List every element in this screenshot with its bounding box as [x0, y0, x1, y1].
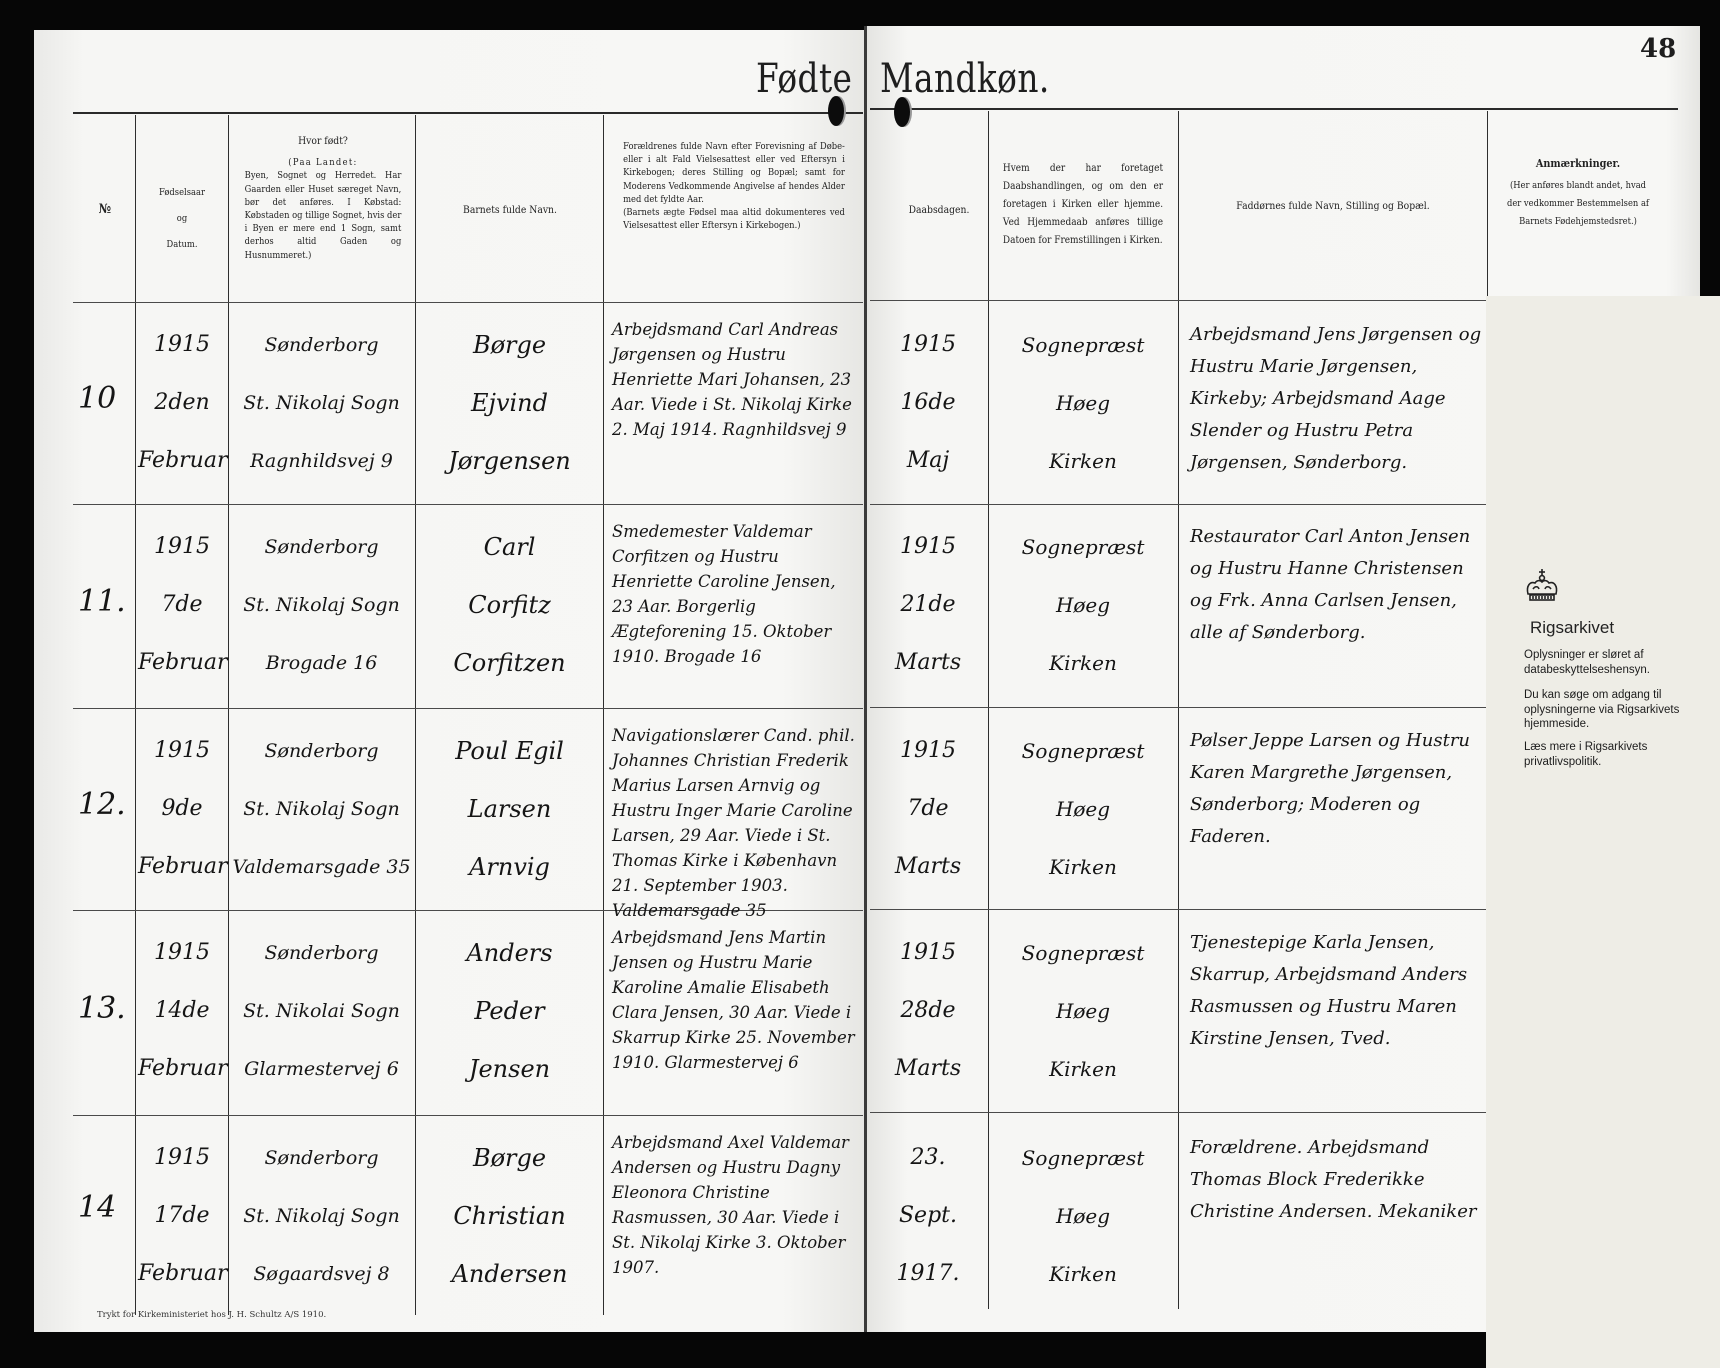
birth-date-line: Februar — [138, 1246, 226, 1302]
baptism-date-line: 21de — [870, 577, 986, 633]
row-divider — [870, 504, 1486, 505]
birthplace-line: Sønderborg — [230, 925, 413, 981]
baptism-date-line: 1915 — [870, 317, 986, 373]
birth-date-line: Februar — [138, 635, 226, 691]
child-name-line: Anders — [418, 925, 601, 981]
privacy-policy-link[interactable]: Læs mere i Rigsarkivets privatlivspoliti… — [1524, 740, 1714, 769]
birth-date-line: 7de — [138, 577, 226, 633]
birth-date-line: 2den — [138, 375, 226, 431]
baptism-date-line: Maj — [870, 433, 986, 489]
child-name-line: Poul Egil — [418, 723, 601, 779]
birth-date-line: 1915 — [138, 925, 226, 981]
birthplace-line: Sønderborg — [230, 519, 413, 575]
officiant-line: Sognepræst — [990, 723, 1176, 779]
officiant-line: Sognepræst — [990, 1130, 1176, 1186]
col-divider — [603, 115, 604, 1315]
birthplace-line: St. Nikolaj Sogn — [230, 781, 413, 837]
col-divider — [135, 115, 136, 1315]
privacy-overlay-panel: Rigsarkivet Oplysninger er sløret af dat… — [1486, 296, 1720, 1368]
officiant-line: Høeg — [990, 983, 1176, 1039]
baptism-date-line: 7de — [870, 781, 986, 837]
child-name-line: Carl — [418, 519, 601, 575]
birthplace-line: Sønderborg — [230, 723, 413, 779]
birthplace-line: Sønderborg — [230, 317, 413, 373]
col-header-officiant: Hvem der har foretaget Daabshandlingen, … — [1003, 160, 1163, 250]
birth-date-line: 14de — [138, 983, 226, 1039]
godparents-entry: Restaurator Carl Anton Jensen og Hustru … — [1190, 521, 1482, 649]
parents-entry: Smedemester Valdemar Corfitzen og Hustru… — [612, 519, 856, 669]
col-divider — [228, 115, 229, 1315]
record-number: 14 — [78, 1191, 133, 1225]
col-header-birth-date: Fødselsaar og Datum. — [145, 180, 219, 258]
row-divider — [870, 909, 1486, 910]
col-header-birthplace: Hvor født? (Paa Landet: Byen, Sognet og … — [245, 135, 402, 262]
child-name-line: Larsen — [418, 781, 601, 837]
officiant-line: Høeg — [990, 577, 1176, 633]
birth-date-line: 1915 — [138, 317, 226, 373]
birthplace-line: St. Nikolai Sogn — [230, 983, 413, 1039]
row-divider — [870, 707, 1486, 708]
birthplace-line: Søgaardsvej 8 — [230, 1246, 413, 1302]
child-name-line: Christian — [418, 1188, 601, 1244]
birthplace-line: St. Nikolaj Sogn — [230, 375, 413, 431]
child-name-line: Børge — [418, 1130, 601, 1186]
officiant-line: Høeg — [990, 1188, 1176, 1244]
col-header-number: № — [87, 203, 122, 216]
col-header-remarks: Anmærkninger. (Her anføres blandt andet,… — [1502, 155, 1653, 231]
officiant-line: Sognepræst — [990, 317, 1176, 373]
birthplace-line: Valdemarsgade 35 — [230, 839, 413, 895]
header-rule-left — [73, 112, 863, 114]
header-bottom-line — [870, 300, 1486, 301]
access-info-link[interactable]: Du kan søge om adgang til oplysningerne … — [1524, 688, 1714, 732]
baptism-date-line: Sept. — [870, 1188, 986, 1244]
record-number: 11. — [78, 585, 133, 619]
officiant-line: Kirken — [990, 1246, 1176, 1302]
officiant-line: Kirken — [990, 1041, 1176, 1097]
officiant-line: Høeg — [990, 781, 1176, 837]
record-number: 13. — [78, 992, 133, 1026]
birth-date-line: Februar — [138, 839, 226, 895]
baptism-date-line: Marts — [870, 839, 986, 895]
baptism-date-line: 1917. — [870, 1246, 986, 1302]
col-divider — [988, 111, 989, 1309]
officiant-line: Sognepræst — [990, 925, 1176, 981]
birthplace-line: Brogade 16 — [230, 635, 413, 691]
baptism-date-line: 1915 — [870, 723, 986, 779]
footer-imprint: Trykt for Kirkeministeriet hos J. H. Sch… — [97, 1310, 326, 1320]
birth-date-line: 17de — [138, 1188, 226, 1244]
col-header-child-name: Barnets fulde Navn. — [435, 204, 585, 217]
row-divider — [870, 1112, 1486, 1113]
header-rule-right — [870, 108, 1678, 110]
page-title-left: Fødte — [756, 56, 852, 102]
parents-entry: Arbejdsmand Axel Valdemar Andersen og Hu… — [612, 1130, 856, 1280]
crown-icon — [1524, 568, 1560, 608]
binding-hole-left — [828, 96, 844, 126]
baptism-date-line: 16de — [870, 375, 986, 431]
row-divider — [73, 1115, 863, 1116]
col-header-baptism-date: Daabsdagen. — [899, 204, 980, 217]
brand-name: Rigsarkivet — [1530, 618, 1614, 638]
officiant-line: Høeg — [990, 375, 1176, 431]
godparents-entry: Forældrene. Arbejdsmand Thomas Block Fre… — [1190, 1132, 1482, 1228]
birth-date-line: 9de — [138, 781, 226, 837]
parents-entry: Arbejdsmand Carl Andreas Jørgensen og Hu… — [612, 317, 856, 442]
child-name-line: Jensen — [418, 1041, 601, 1097]
godparents-entry: Arbejdsmand Jens Jørgensen og Hustru Mar… — [1190, 319, 1482, 479]
birth-date-line: 1915 — [138, 519, 226, 575]
page-title-right: Mandkøn. — [880, 56, 1050, 102]
godparents-entry: Pølser Jeppe Larsen og Hustru Karen Marg… — [1190, 725, 1482, 853]
child-name-line: Børge — [418, 317, 601, 373]
birthplace-line: Ragnhildsvej 9 — [230, 433, 413, 489]
header-bottom-line — [73, 302, 863, 303]
page-number: 48 — [1640, 34, 1676, 64]
col-header-parents: Forældrenes fulde Navn efter Forevisning… — [623, 140, 845, 232]
officiant-line: Sognepræst — [990, 519, 1176, 575]
birthplace-line: Sønderborg — [230, 1130, 413, 1186]
child-name-line: Andersen — [418, 1246, 601, 1302]
birthplace-line: St. Nikolaj Sogn — [230, 1188, 413, 1244]
baptism-date-line: 1915 — [870, 519, 986, 575]
child-name-line: Arnvig — [418, 839, 601, 895]
birth-date-line: Februar — [138, 1041, 226, 1097]
baptism-date-line: 28de — [870, 983, 986, 1039]
col-divider — [1178, 111, 1179, 1309]
binding-hole-right — [894, 97, 910, 127]
child-name-line: Corfitz — [418, 577, 601, 633]
birthplace-line: Glarmestervej 6 — [230, 1041, 413, 1097]
child-name-line: Peder — [418, 983, 601, 1039]
officiant-line: Kirken — [990, 839, 1176, 895]
row-divider — [73, 708, 863, 709]
parents-entry: Arbejdsmand Jens Martin Jensen og Hustru… — [612, 925, 856, 1075]
baptism-date-line: 23. — [870, 1130, 986, 1186]
birth-date-line: 1915 — [138, 723, 226, 779]
birth-date-line: Februar — [138, 433, 226, 489]
child-name-line: Ejvind — [418, 375, 601, 431]
book-gutter — [864, 26, 867, 1332]
col-divider — [1487, 111, 1488, 297]
birth-date-line: 1915 — [138, 1130, 226, 1186]
child-name-line: Corfitzen — [418, 635, 601, 691]
privacy-notice: Oplysninger er sløret af databeskyttelse… — [1524, 648, 1714, 677]
officiant-line: Kirken — [990, 635, 1176, 691]
baptism-date-line: Marts — [870, 1041, 986, 1097]
col-divider — [415, 115, 416, 1315]
row-divider — [73, 504, 863, 505]
col-header-godparents: Faddørnes fulde Navn, Stilling og Bopæl. — [1198, 200, 1467, 213]
record-number: 10 — [78, 382, 133, 416]
record-number: 12. — [78, 788, 133, 822]
birthplace-line: St. Nikolaj Sogn — [230, 577, 413, 633]
baptism-date-line: 1915 — [870, 925, 986, 981]
godparents-entry: Tjenestepige Karla Jensen, Skarrup, Arbe… — [1190, 927, 1482, 1055]
baptism-date-line: Marts — [870, 635, 986, 691]
parents-entry: Navigationslærer Cand. phil. Johannes Ch… — [612, 723, 856, 923]
officiant-line: Kirken — [990, 433, 1176, 489]
child-name-line: Jørgensen — [418, 433, 601, 489]
